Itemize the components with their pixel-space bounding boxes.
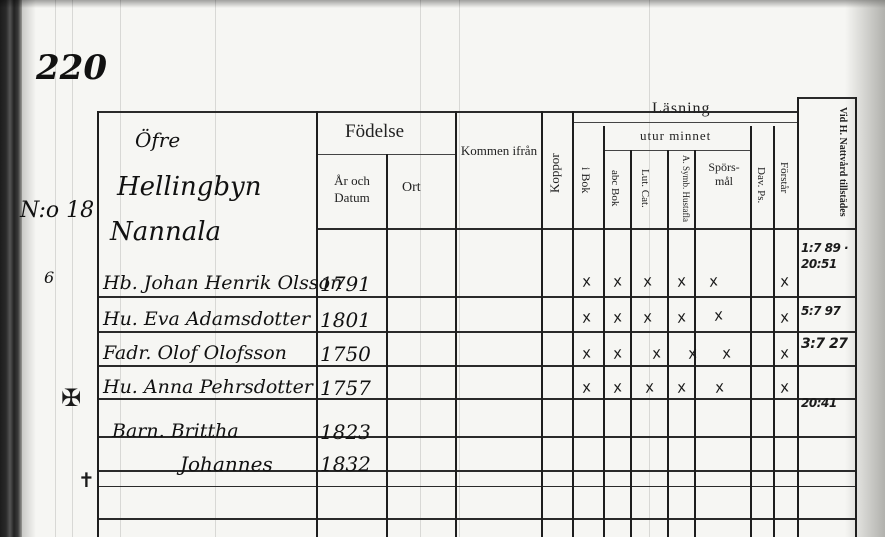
col-line-ort-left bbox=[386, 154, 388, 537]
col-line-forstar-left bbox=[773, 126, 775, 537]
col-line-nattvard-right bbox=[855, 97, 857, 537]
header-symb-hustafla: A. Symb. Hustafla bbox=[671, 155, 691, 221]
header-ort: Ort bbox=[402, 180, 421, 196]
reading-mark-abc: x bbox=[611, 343, 623, 362]
header-abc-bok: abc Bok bbox=[609, 155, 621, 221]
row-line bbox=[97, 486, 857, 487]
reading-mark-symb: x bbox=[675, 307, 687, 326]
reading-mark-cat: x bbox=[641, 271, 653, 290]
header-forstar: Förstår bbox=[778, 136, 790, 220]
col-line-nattvard-left bbox=[797, 97, 799, 537]
reading-mark-i-bok: x bbox=[580, 343, 592, 362]
lasning-divider bbox=[572, 122, 797, 123]
reading-mark-forstar: x bbox=[778, 343, 790, 362]
row-line bbox=[97, 518, 857, 520]
faint-ruling bbox=[649, 0, 650, 537]
col-line-symb-left bbox=[667, 150, 669, 537]
location-line-2: Hellingbyn bbox=[117, 172, 261, 202]
location-line-1: Öfre bbox=[135, 128, 180, 152]
nattvard-dates: 20:41 bbox=[801, 396, 837, 410]
top-edge-shadow bbox=[0, 0, 885, 8]
person-name: Hb. Johan Henrik Olsson bbox=[103, 272, 342, 294]
reading-mark-abc: x bbox=[611, 307, 623, 326]
location-line-3: Nannala bbox=[110, 217, 221, 247]
faint-ruling bbox=[459, 0, 460, 537]
birth-year: 1757 bbox=[320, 376, 371, 400]
reading-mark-forstar: x bbox=[778, 271, 790, 290]
reading-mark-i-bok: x bbox=[580, 377, 592, 396]
col-line-ibok-left bbox=[572, 111, 574, 537]
reading-mark-spors: x bbox=[713, 377, 725, 396]
margin-note: 6 bbox=[44, 268, 54, 287]
col-line-birth-left bbox=[316, 111, 318, 537]
nattvard-dates: 5:7 97 bbox=[801, 304, 840, 318]
household-number: N:o 18 bbox=[20, 198, 94, 223]
header-luth-cat: Lut. Cat. bbox=[639, 155, 651, 221]
header-koppor: Koppor bbox=[547, 128, 563, 218]
reading-mark-spors: x bbox=[712, 305, 724, 324]
death-cross-icon: ✝ bbox=[78, 468, 95, 492]
book-binding bbox=[0, 0, 22, 537]
reading-mark-cat: x bbox=[643, 377, 655, 396]
birth-year: 1801 bbox=[320, 308, 371, 332]
reading-mark-symb: x bbox=[675, 271, 687, 290]
nattvard-dates: 3:7 27 bbox=[801, 336, 847, 352]
birth-year: 1750 bbox=[320, 342, 371, 366]
header-ar-och-datum: År och Datum bbox=[322, 172, 382, 206]
reading-mark-spors: x bbox=[707, 271, 719, 290]
row-line bbox=[97, 398, 857, 400]
birth-year: 1832 bbox=[320, 452, 371, 476]
header-sporsmal: Spörs-mål bbox=[702, 160, 746, 188]
col-line-koppor-left bbox=[541, 111, 543, 537]
row-line bbox=[97, 365, 857, 367]
header-lasning: Läsning bbox=[652, 100, 711, 118]
person-name: Barn. Brittha bbox=[112, 420, 239, 442]
header-dav-ps: Dav. Ps. bbox=[755, 150, 767, 220]
reading-mark-forstar: x bbox=[778, 307, 790, 326]
person-name: Fadr. Olof Olofsson bbox=[103, 342, 287, 364]
reading-mark-i-bok: x bbox=[580, 307, 592, 326]
person-name: Johannes bbox=[180, 452, 273, 476]
header-bottom-border bbox=[316, 228, 857, 230]
reading-mark-i-bok: x bbox=[580, 271, 592, 290]
col-line-abc-left bbox=[603, 126, 605, 537]
row-line bbox=[97, 296, 857, 298]
header-nattvard: Vid H. Nattvård tillstädes bbox=[808, 102, 848, 222]
person-name: Hu. Eva Adamsdotter bbox=[103, 308, 310, 330]
reading-mark-cat: x bbox=[641, 307, 653, 326]
reading-mark-cat: x bbox=[650, 343, 662, 362]
reading-mark-abc: x bbox=[611, 271, 623, 290]
binding-shadow bbox=[22, 0, 36, 537]
header-i-bok: i Bok bbox=[578, 140, 593, 220]
reading-mark-spors: x bbox=[720, 343, 732, 362]
faint-ruling bbox=[120, 0, 121, 537]
col-line-dav-left bbox=[750, 126, 752, 537]
faint-ruling bbox=[420, 0, 421, 537]
row-line bbox=[97, 331, 857, 333]
reading-mark-symb: x bbox=[675, 377, 687, 396]
nattvard-dates: 1:7 89 · 20:51 bbox=[801, 240, 853, 272]
col-line-cat-left bbox=[630, 150, 632, 537]
birth-year: 1823 bbox=[320, 420, 371, 444]
nattvard-top-border bbox=[797, 97, 857, 99]
col-line-name-left bbox=[97, 111, 99, 537]
reading-mark-symb: x bbox=[686, 343, 698, 362]
header-kommen-ifran: Kommen ifrån bbox=[460, 143, 538, 159]
person-name: Hu. Anna Pehrsdotter bbox=[103, 376, 313, 398]
death-cross-icon: ✠ bbox=[61, 384, 81, 412]
register-page: 220 N:o 18 Öfre Hellingbyn Nannala Födel… bbox=[0, 0, 885, 537]
utur-minnet-divider bbox=[603, 150, 750, 151]
col-line-kommen-left bbox=[455, 111, 457, 537]
birth-year: 1791 bbox=[320, 272, 371, 296]
reading-mark-abc: x bbox=[611, 377, 623, 396]
page-number: 220 bbox=[36, 48, 107, 88]
header-fodelse: Födelse bbox=[345, 121, 404, 143]
reading-mark-forstar: x bbox=[778, 377, 790, 396]
header-utur-minnet: utur minnet bbox=[640, 128, 711, 144]
